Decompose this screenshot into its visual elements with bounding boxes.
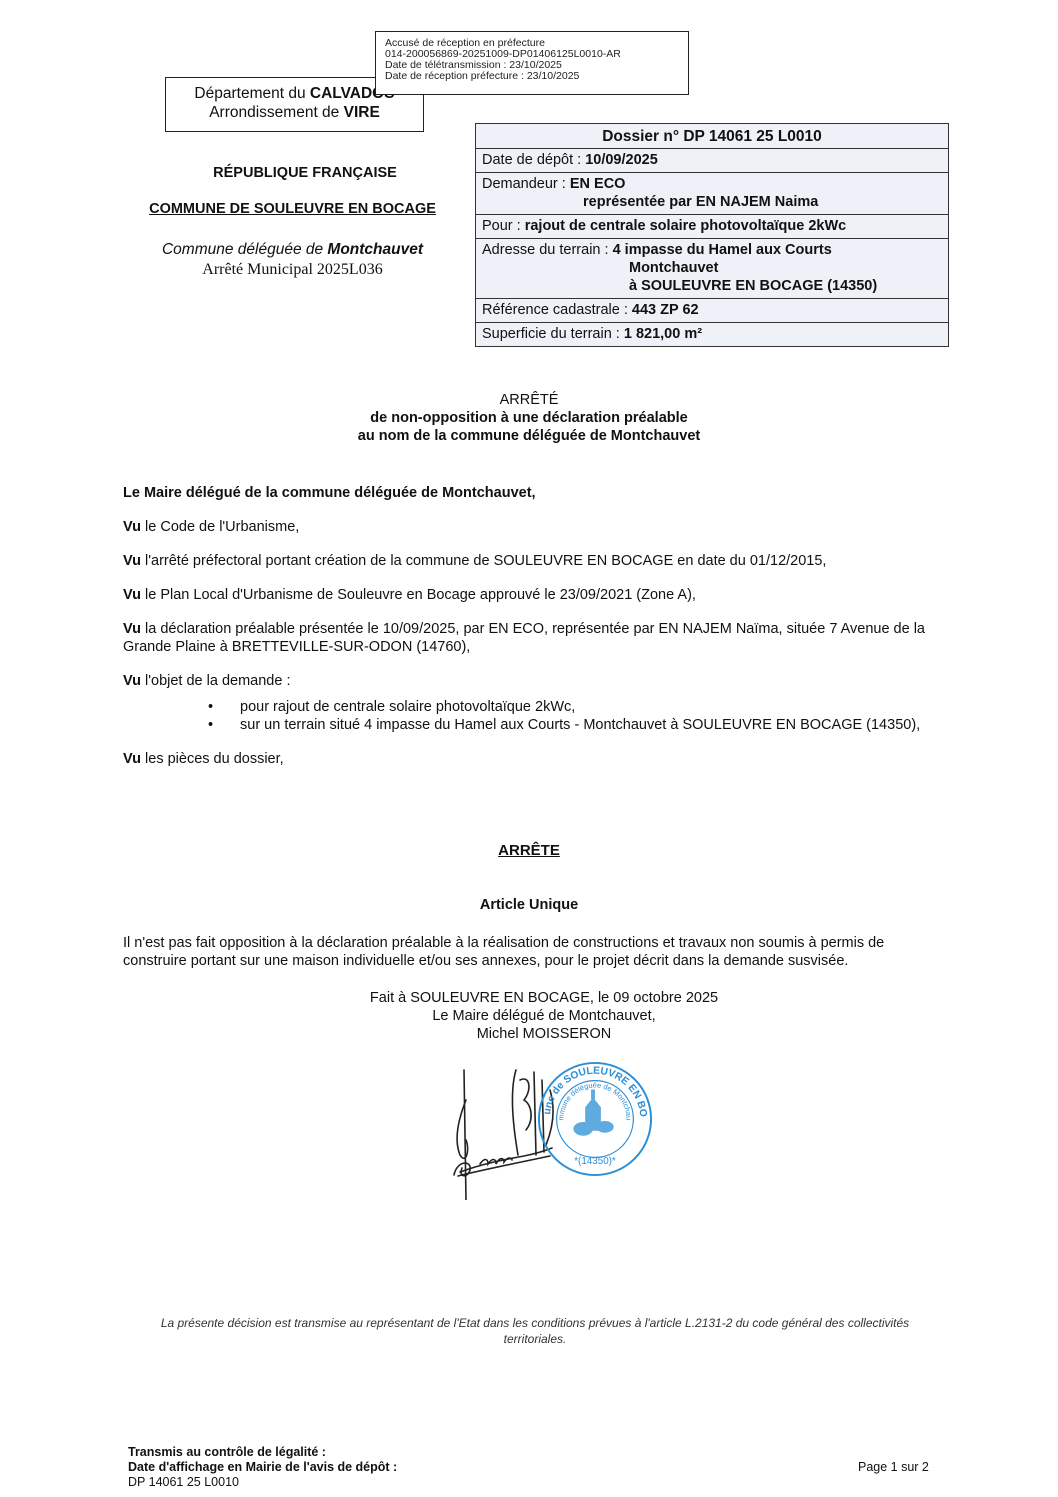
considerants: Le Maire délégué de la commune déléguée … — [123, 484, 938, 784]
commune-heading: COMMUNE DE SOULEUVRE EN BOCAGE — [120, 201, 465, 217]
objet-text: sur un terrain situé 4 impasse du Hamel … — [240, 717, 920, 733]
demandeur-value: EN ECO — [570, 176, 626, 192]
dossier-reference: DP 14061 25 L0010 — [128, 1475, 397, 1490]
pour-value: rajout de centrale solaire photovoltaïqu… — [525, 218, 847, 234]
footer-left: Transmis au contrôle de légalité : Date … — [128, 1445, 397, 1490]
adresse-row: Adresse du terrain : 4 impasse du Hamel … — [476, 238, 948, 298]
republique-heading: RÉPUBLIQUE FRANÇAISE — [120, 165, 490, 181]
demandeur-label: Demandeur : — [482, 176, 570, 192]
superficie-value: 1 821,00 m² — [624, 326, 702, 342]
official-stamp-icon: Commune de SOULEUVRE EN BOCAGE Commune d… — [535, 1060, 655, 1178]
commune-deleguee-label: Commune déléguée de — [162, 241, 327, 258]
vu-text: le Plan Local d'Urbanisme de Souleuvre e… — [141, 587, 696, 603]
date-depot-label: Date de dépôt : — [482, 152, 585, 168]
adresse-line1: 4 impasse du Hamel aux Courts — [613, 242, 832, 258]
transmission-footnote: La présente décision est transmise au re… — [130, 1315, 940, 1347]
vu-text: l'arrêté préfectoral portant création de… — [141, 553, 826, 569]
vu-text: l'objet de la demande : — [141, 673, 290, 689]
pour-row: Pour : rajout de centrale solaire photov… — [476, 214, 948, 238]
svg-text:*(14350)*: *(14350)* — [574, 1156, 616, 1167]
objet-list: •pour rajout de centrale solaire photovo… — [123, 698, 938, 734]
vu-word: Vu — [123, 519, 141, 535]
transmis-controle-label: Transmis au contrôle de légalité : — [128, 1445, 397, 1460]
arrete-heading: ARRÊTE — [0, 842, 1058, 859]
vu-word: Vu — [123, 621, 141, 637]
cadastre-value: 443 ZP 62 — [632, 302, 699, 318]
adresse-line2: Montchauvet — [629, 260, 718, 276]
departement-label: Département du — [194, 85, 309, 102]
demandeur-representative: représentée par EN NAJEM Naima — [583, 194, 818, 210]
commune-deleguee-name: Montchauvet — [327, 241, 423, 258]
adresse-label: Adresse du terrain : — [482, 242, 613, 258]
vu-plu: Vu le Plan Local d'Urbanisme de Souleuvr… — [123, 586, 938, 604]
adresse-line3: à SOULEUVRE EN BOCAGE (14350) — [629, 278, 877, 294]
arrete-title-block: ARRÊTÉ de non-opposition à une déclarati… — [0, 391, 1058, 445]
objet-list-item: •pour rajout de centrale solaire photovo… — [123, 698, 938, 716]
article-text: Il n'est pas fait opposition à la déclar… — [123, 934, 943, 970]
prefecture-receipt-box: Accusé de réception en préfecture 014-20… — [375, 31, 689, 95]
cadastre-label: Référence cadastrale : — [482, 302, 632, 318]
date-affichage-label: Date d'affichage en Mairie de l'avis de … — [128, 1460, 397, 1475]
signatory-name: Michel MOISSERON — [30, 1025, 1058, 1043]
vu-pieces: Vu les pièces du dossier, — [123, 750, 938, 768]
arrete-title: ARRÊTÉ — [0, 391, 1058, 409]
bullet-icon: • — [208, 716, 213, 734]
vu-text: les pièces du dossier, — [141, 751, 284, 767]
vu-arrete-prefectoral: Vu l'arrêté préfectoral portant création… — [123, 552, 938, 570]
arrondissement-label: Arrondissement de — [209, 104, 343, 121]
arrete-subtitle-1: de non-opposition à une déclaration préa… — [0, 409, 1058, 427]
page-number: Page 1 sur 2 — [858, 1460, 929, 1474]
dossier-info-table: Dossier n° DP 14061 25 L0010 Date de dép… — [475, 123, 949, 347]
maire-line: Le Maire délégué de la commune déléguée … — [123, 484, 938, 502]
superficie-row: Superficie du terrain : 1 821,00 m² — [476, 322, 948, 346]
article-heading: Article Unique — [0, 897, 1058, 913]
date-depot-row: Date de dépôt : 10/09/2025 — [476, 148, 948, 172]
superficie-label: Superficie du terrain : — [482, 326, 624, 342]
arrondissement-name: VIRE — [344, 104, 380, 121]
vu-text: le Code de l'Urbanisme, — [141, 519, 299, 535]
vu-word: Vu — [123, 673, 141, 689]
commune-deleguee: Commune déléguée de Montchauvet — [120, 241, 465, 259]
dossier-number: Dossier n° DP 14061 25 L0010 — [476, 124, 948, 148]
vu-code-urbanisme: Vu le Code de l'Urbanisme, — [123, 518, 938, 536]
bullet-icon: • — [208, 698, 213, 716]
vu-text: la déclaration préalable présentée le 10… — [123, 621, 925, 655]
vu-word: Vu — [123, 553, 141, 569]
vu-objet: Vu l'objet de la demande : — [123, 672, 938, 690]
arrete-subtitle-2: au nom de la commune déléguée de Montcha… — [0, 427, 1058, 445]
vu-word: Vu — [123, 751, 141, 767]
pour-label: Pour : — [482, 218, 525, 234]
signature-block: Fait à SOULEUVRE EN BOCAGE, le 09 octobr… — [0, 989, 1058, 1043]
objet-list-item: •sur un terrain situé 4 impasse du Hamel… — [123, 716, 938, 734]
date-depot-value: 10/09/2025 — [585, 152, 658, 168]
fait-a-line: Fait à SOULEUVRE EN BOCAGE, le 09 octobr… — [30, 989, 1058, 1007]
signatory-role: Le Maire délégué de Montchauvet, — [30, 1007, 1058, 1025]
vu-declaration: Vu la déclaration préalable présentée le… — [123, 620, 938, 656]
receipt-reception-date: Date de réception préfecture : 23/10/202… — [385, 71, 688, 82]
cadastre-row: Référence cadastrale : 443 ZP 62 — [476, 298, 948, 322]
vu-word: Vu — [123, 587, 141, 603]
demandeur-row: Demandeur : EN ECO représentée par EN NA… — [476, 172, 948, 214]
arrete-municipal-number: Arrêté Municipal 2025L036 — [120, 261, 465, 279]
objet-text: pour rajout de centrale solaire photovol… — [240, 699, 575, 715]
